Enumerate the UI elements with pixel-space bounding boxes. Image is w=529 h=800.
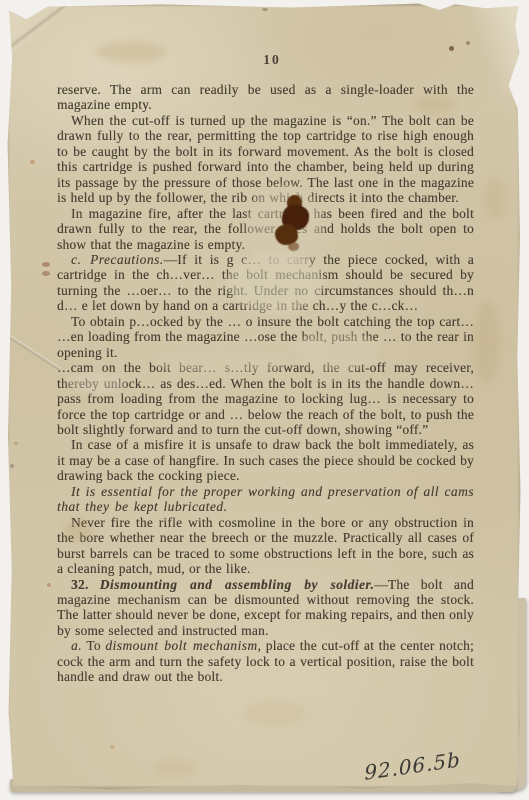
page-edge-left <box>6 2 10 791</box>
foxing-spot <box>64 520 92 542</box>
paragraph: 32. Dismounting and assembling by soldie… <box>57 577 474 639</box>
paper-speck <box>14 442 18 445</box>
text-segment: a. <box>71 638 82 653</box>
foxing-spot <box>244 700 306 726</box>
ink-stain <box>288 242 299 251</box>
faded-smudge <box>228 252 323 314</box>
paper-speck <box>47 583 51 587</box>
faded-smudge <box>66 372 126 394</box>
foxing-spot <box>96 42 166 62</box>
page-number: 10 <box>14 52 529 68</box>
page-edge-top <box>6 2 522 7</box>
text-segment: Dismounting and assembling by soldier. <box>100 577 374 592</box>
faded-smudge <box>294 330 379 372</box>
text-segment: 32. <box>71 577 100 592</box>
text-segment: dismount bolt mechanism <box>105 638 257 653</box>
paragraph: …cam on the bolt bear… s…tly forward, th… <box>57 360 474 437</box>
text-segment: In case of a misfire it is unsafe to dra… <box>57 437 474 483</box>
paragraph: Never fire the rifle with cosmoline in t… <box>57 515 474 577</box>
paragraph: reserve. The arm can readily be used as … <box>57 82 474 113</box>
text-segment: To <box>82 638 105 653</box>
paper-speck <box>10 464 14 468</box>
text-segment: …cam on the bolt bear… s…tly forward, th… <box>57 360 474 437</box>
paper-speck <box>449 46 454 51</box>
faded-smudge <box>154 350 289 374</box>
scanned-page: 10 reserve. The arm can readily be used … <box>6 2 522 791</box>
paper-speck <box>466 41 470 45</box>
paper-speck <box>42 271 50 276</box>
paper-speck <box>30 160 35 164</box>
paragraph: In case of a misfire it is unsafe to dra… <box>57 437 474 483</box>
foxing-spot <box>484 178 506 220</box>
paper-speck <box>110 745 115 749</box>
scan-background: 10 reserve. The arm can readily be used … <box>0 0 529 800</box>
left-edge-crease <box>7 334 61 370</box>
foxing-spot <box>154 760 196 776</box>
text-segment: It is essential for the proper working a… <box>57 484 474 514</box>
paragraph: It is essential for the proper working a… <box>57 484 474 515</box>
text-segment: reserve. The arm can readily be used as … <box>57 82 474 112</box>
text-segment: Never fire the rifle with cosmoline in t… <box>57 515 474 576</box>
foxing-spot <box>414 96 456 114</box>
handwritten-catalog-number: 92.06.5b <box>364 747 461 785</box>
paragraph: a. To dismount bolt mechanism, place the… <box>57 638 474 684</box>
text-segment: c. Precautions. <box>71 252 164 267</box>
foxing-spot <box>474 300 500 382</box>
paper-speck <box>42 262 50 267</box>
paper-speck <box>262 8 268 11</box>
